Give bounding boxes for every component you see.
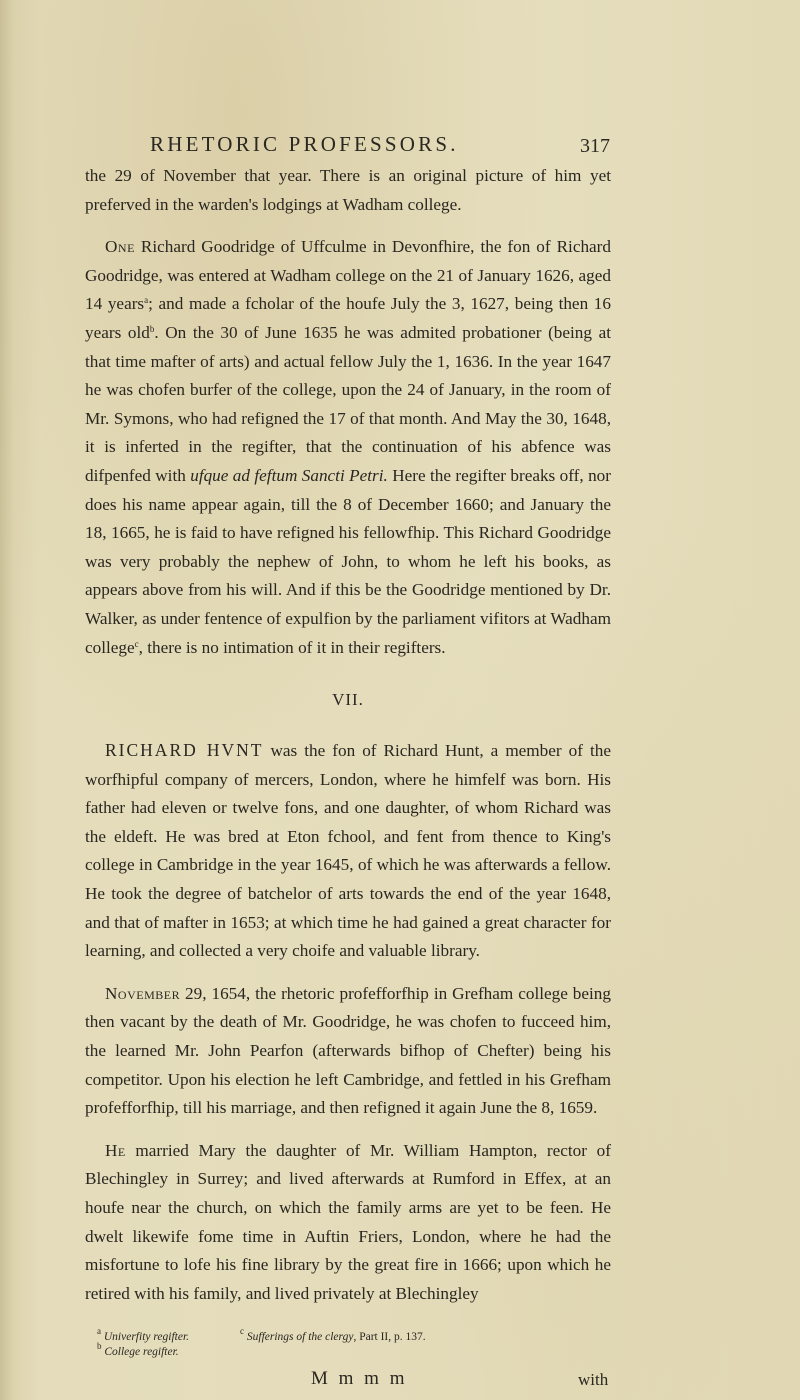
running-title: RHETORIC PROFESSORS. [150,132,459,157]
paragraph-continuation: the 29 of November that year. There is a… [85,162,611,219]
footnote-text: College regifter. [104,1346,178,1358]
catchword: with [578,1370,608,1390]
book-page: RHETORIC PROFESSORS. 317 the 29 of Novem… [85,132,611,1400]
footnote-title: Sufferings of the clergy [247,1331,354,1343]
footnote-mark: a [97,1326,101,1336]
footnote-c: c Sufferings of the clergy, Part II, p. … [240,1330,426,1345]
footnote-b: b College regifter. [97,1345,189,1360]
paragraph-text: the 29 of November that year. There is a… [85,166,611,214]
paragraph-lead-word: He [105,1141,126,1160]
footnote-a: a Univerfity regifter. [97,1330,189,1345]
paragraph-marriage: He married Mary the daughter of Mr. Will… [85,1137,611,1309]
latin-phrase: ufque ad feftum Sancti Petri. [190,466,388,485]
footnote-mark: b [97,1341,102,1351]
footnote-mark: c [240,1326,244,1336]
signature-mark: M m m m [311,1368,407,1390]
paragraph-text: . On the 30 of June 1635 he was admited … [85,323,611,485]
paragraph-text: Here the regifter breaks off, nor does h… [85,466,611,657]
footnote-text: Univerfity regifter. [104,1331,189,1343]
paragraph-text: was the fon of Richard Hunt, a member of… [85,741,611,960]
paragraph-lead-name: RICHARD HVNT [105,740,263,760]
footnote-text: , Part II, p. 137. [353,1331,425,1343]
paragraph-professorship: November 29, 1654, the rhetoric profeffo… [85,980,611,1123]
paragraph-text: 29, 1654, the rhetoric profefforfhip in … [85,984,611,1117]
footnotes-right-column: c Sufferings of the clergy, Part II, p. … [240,1330,426,1345]
paragraph-text: , there is no intimation of it in their … [139,638,446,657]
paragraph-goodridge: One Richard Goodridge of Uffculme in Dev… [85,233,611,662]
page-number: 317 [580,135,610,158]
paragraph-hunt-intro: RICHARD HVNT was the fon of Richard Hunt… [85,736,611,966]
footnotes-left-column: a Univerfity regifter. b College regifte… [97,1330,189,1360]
paragraph-text: married Mary the daughter of Mr. William… [85,1141,611,1303]
page-foot: M m m m with [85,1378,611,1400]
section-number: VII. [85,690,611,710]
paragraph-lead-word: One [105,237,135,256]
paragraph-lead-word: November [105,984,180,1003]
running-head: RHETORIC PROFESSORS. 317 [85,132,611,160]
